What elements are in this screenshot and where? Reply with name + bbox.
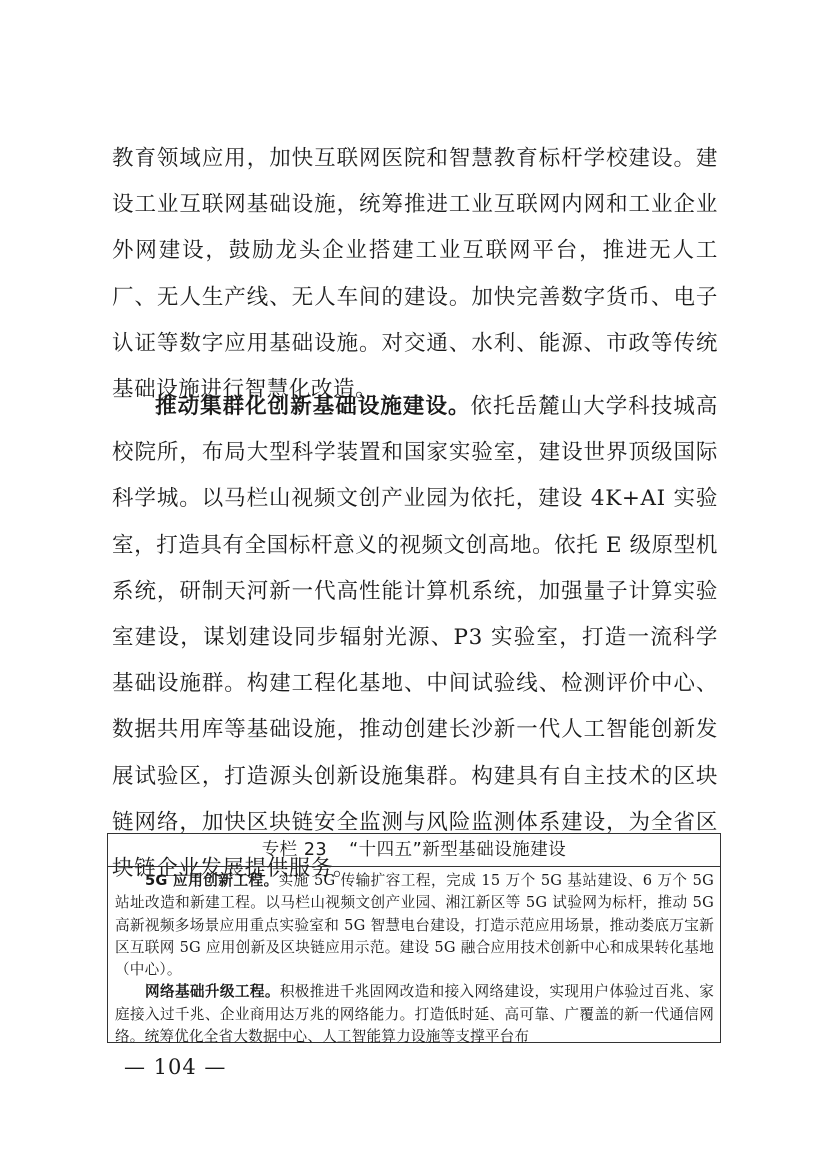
- box-item-lead: 网络基础升级工程。: [145, 983, 280, 1000]
- box-item-5g: 5G 应用创新工程。实施 5G 传输扩容工程，完成 15 万个 5G 基站建设、…: [115, 870, 714, 981]
- paragraph-digital-infrastructure: 教育领域应用，加快互联网医院和智慧教育标杆学校建设。建设工业互联网基础设施，统筹…: [112, 136, 718, 413]
- special-column-box: 专栏 23“十四五”新型基础设施建设 5G 应用创新工程。实施 5G 传输扩容工…: [107, 833, 721, 1043]
- paragraph-text: 教育领域应用，加快互联网医院和智慧教育标杆学校建设。建设工业互联网基础设施，统筹…: [112, 146, 718, 402]
- box-item-network: 网络基础升级工程。积极推进千兆固网改造和接入网络建设，实现用户体验过百兆、家庭接…: [115, 981, 714, 1048]
- page-number: — 104 —: [124, 1055, 226, 1079]
- box-body: 5G 应用创新工程。实施 5G 传输扩容工程，完成 15 万个 5G 基站建设、…: [108, 867, 720, 1048]
- paragraph-lead: 推动集群化创新基础设施建设。: [155, 394, 471, 419]
- box-title: 专栏 23“十四五”新型基础设施建设: [108, 834, 720, 867]
- paragraph-innovation-infrastructure: 推动集群化创新基础设施建设。依托岳麓山大学科技城高校院所，布局大型科学装置和国家…: [112, 384, 718, 892]
- box-item-lead: 5G 应用创新工程。: [145, 872, 279, 889]
- box-number: 专栏 23: [262, 840, 327, 860]
- paragraph-text: 依托岳麓山大学科技城高校院所，布局大型科学装置和国家实验室，建设世界顶级国际科学…: [112, 394, 718, 881]
- box-heading: “十四五”新型基础设施建设: [349, 840, 566, 860]
